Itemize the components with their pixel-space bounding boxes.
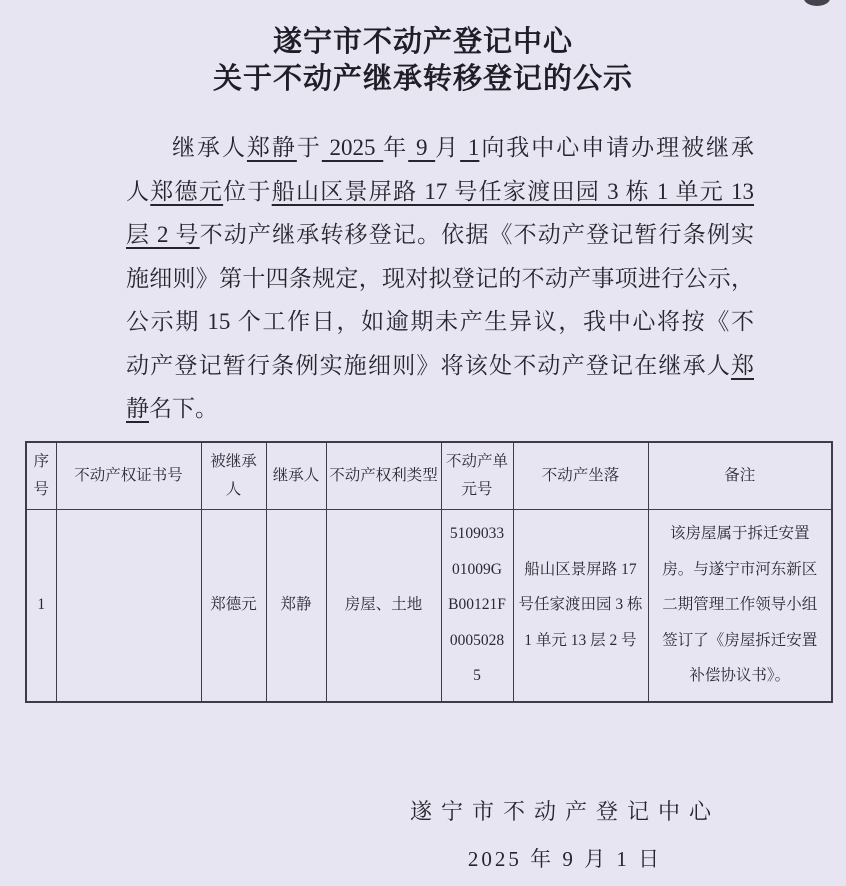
document-title: 遂宁市不动产登记中心 关于不动产继承转移登记的公示 <box>0 0 846 98</box>
heir-name-underlined: 郑静 <box>247 135 297 160</box>
day-underlined: 1 <box>460 135 479 160</box>
body-text-segment: 动产登记暂行条例实施细则》将该处不动产登记在继承人 <box>126 353 731 378</box>
heir-name-underlined: 静 <box>126 396 149 421</box>
cell-location: 船山区景屏路 17 号任家渡田园 3 栋 1 单元 13 层 2 号 <box>513 509 648 702</box>
col-header-seq: 序号 <box>26 442 56 510</box>
body-text-segment: 继承人 <box>172 135 247 160</box>
body-text-segment: 公示期 15 个工作日，如逾期未产生异议，我中心将按《不 <box>126 309 754 334</box>
col-header-remark: 备注 <box>648 442 832 510</box>
cell-cert-no <box>56 509 201 702</box>
signature-org: 遂宁市不动产登记中心 <box>410 795 720 826</box>
table-header-row: 序号 不动产权证书号 被继承人 继承人 不动产权利类型 不动产单元号 不动产坐落… <box>26 442 832 510</box>
notice-body: 继承人郑静于 2025 年 9 月 1向我中心申请办理被继承 人郑德元位于船山区… <box>126 126 754 431</box>
registration-table: 序号 不动产权证书号 被继承人 继承人 不动产权利类型 不动产单元号 不动产坐落… <box>25 441 833 703</box>
body-text-segment: 人 <box>126 179 150 204</box>
col-header-unit-no: 不动产单元号 <box>441 442 513 510</box>
cell-remark: 该房屋属于拆迁安置房。与遂宁市河东新区二期管理工作领导小组签订了《房屋拆迁安置补… <box>648 509 832 702</box>
body-text-segment: 年 <box>383 135 408 160</box>
body-line-5: 公示期 15 个工作日，如逾期未产生异议，我中心将按《不 <box>126 300 754 344</box>
body-line-3: 层 2 号不动产继承转移登记。依据《不动产登记暂行条例实 <box>126 213 754 257</box>
body-text-segment: 施细则》第十四条规定，现对拟登记的不动产事项进行公示， <box>126 266 754 291</box>
cell-decedent: 郑德元 <box>201 509 266 702</box>
col-header-location: 不动产坐落 <box>513 442 648 510</box>
body-text-segment: 向我中心申请办理被继承 <box>479 135 754 160</box>
cell-heir: 郑静 <box>266 509 326 702</box>
property-address-underlined: 船山区景屏路 17 号任家渡田园 3 栋 1 单元 13 <box>272 179 754 204</box>
col-header-cert-no: 不动产权证书号 <box>56 442 201 510</box>
table-row: 1 郑德元 郑静 房屋、土地 510903301009GB00121F00050… <box>26 509 832 702</box>
month-underlined: 9 <box>408 135 435 160</box>
decedent-name-underlined: 郑德元 <box>150 179 223 204</box>
body-text-segment: 于 <box>297 135 322 160</box>
title-line-1: 遂宁市不动产登记中心 <box>0 24 846 61</box>
body-text-segment: 月 <box>435 135 460 160</box>
cell-seq: 1 <box>26 509 56 702</box>
cell-right-type: 房屋、土地 <box>326 509 441 702</box>
col-header-heir: 继承人 <box>266 442 326 510</box>
cell-unit-no: 510903301009GB00121F00050285 <box>441 509 513 702</box>
notice-document-page: 遂宁市不动产登记中心 关于不动产继承转移登记的公示 继承人郑静于 2025 年 … <box>0 0 846 886</box>
col-header-decedent: 被继承人 <box>201 442 266 510</box>
body-line-2: 人郑德元位于船山区景屏路 17 号任家渡田园 3 栋 1 单元 13 <box>126 170 754 214</box>
signature-date: 2025 年 9 月 1 日 <box>410 843 720 873</box>
body-line-4: 施细则》第十四条规定，现对拟登记的不动产事项进行公示， <box>126 257 754 301</box>
property-address-underlined: 层 2 号 <box>126 222 200 247</box>
body-line-1: 继承人郑静于 2025 年 9 月 1向我中心申请办理被继承 <box>126 126 754 170</box>
col-header-right-type: 不动产权利类型 <box>326 442 441 510</box>
body-line-7: 静名下。 <box>126 387 754 431</box>
body-text-segment: 不动产继承转移登记。依据《不动产登记暂行条例实 <box>200 222 754 247</box>
body-text-segment: 名下。 <box>149 396 218 421</box>
body-text-segment: 位于 <box>223 179 272 204</box>
title-line-2: 关于不动产继承转移登记的公示 <box>0 61 846 98</box>
heir-name-underlined: 郑 <box>731 353 754 378</box>
year-underlined: 2025 <box>322 135 383 160</box>
body-line-6: 动产登记暂行条例实施细则》将该处不动产登记在继承人郑 <box>126 344 754 388</box>
signature-block: 遂宁市不动产登记中心 2025 年 9 月 1 日 <box>410 795 720 873</box>
